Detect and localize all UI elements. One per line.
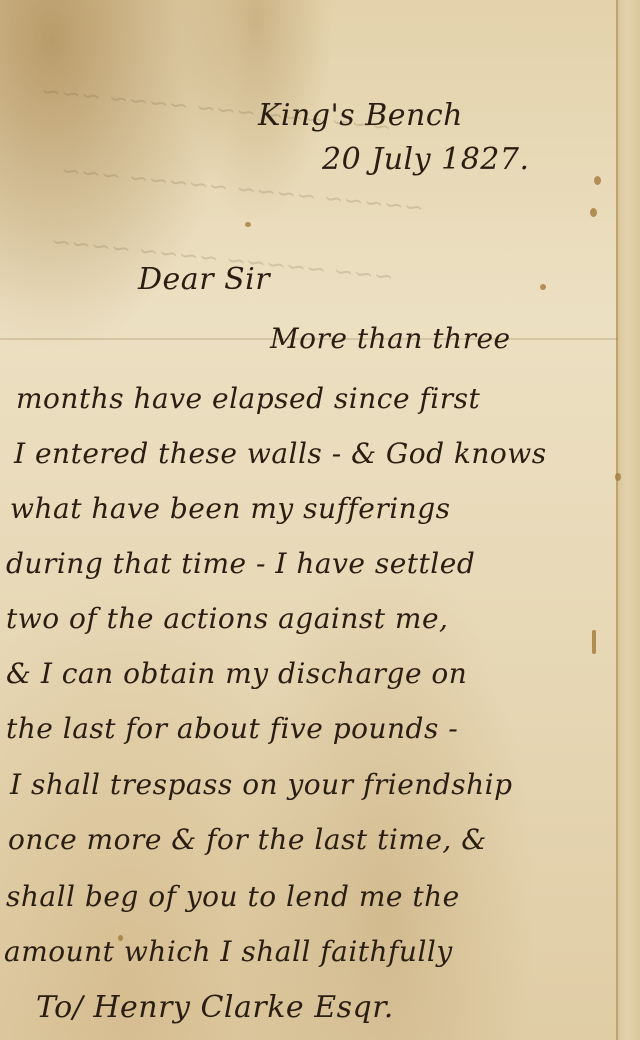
- letter-line: shall beg of you to lend me the: [6, 880, 460, 913]
- stain-spot: [590, 208, 597, 217]
- letter-line: I entered these walls - & God knows: [14, 437, 547, 470]
- letter-line: I shall trespass on your friendship: [10, 768, 513, 801]
- letter-place: King's Bench: [258, 98, 463, 133]
- letter-line: what have been my sufferings: [10, 492, 451, 525]
- letter-line: during that time - I have settled: [6, 547, 475, 580]
- letter-line: months have elapsed since first: [16, 382, 480, 415]
- letter-salutation: Dear Sir: [138, 262, 270, 297]
- letter-date: 20 July 1827.: [322, 142, 530, 177]
- letter-line: amount which I shall faithfully: [4, 935, 453, 968]
- letter-line: the last for about five pounds -: [6, 712, 458, 745]
- letter-line: More than three: [270, 322, 511, 355]
- letter-page: ~~~ ~~~ ~~~ ~~~~ ~~~ ~~~~~ ~~~~ ~~~~~ ~~…: [0, 0, 640, 1040]
- letter-line: once more & for the last time, &: [8, 823, 487, 856]
- stain-spot: [594, 176, 601, 185]
- stain-spot: [615, 473, 621, 481]
- stain-spot: [592, 630, 596, 654]
- stain-spot: [540, 284, 546, 290]
- paper-edge: [616, 0, 640, 1040]
- stain-spot: [245, 222, 251, 227]
- letter-addressee: To/ Henry Clarke Esqr.: [36, 990, 394, 1025]
- letter-line: two of the actions against me,: [6, 602, 448, 635]
- letter-line: & I can obtain my discharge on: [6, 657, 467, 690]
